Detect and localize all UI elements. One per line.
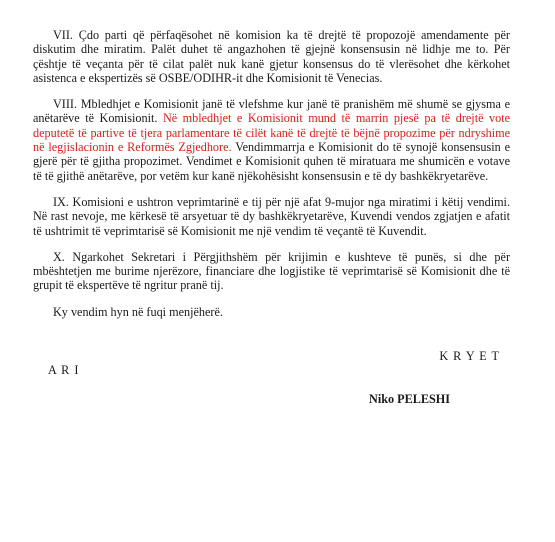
paragraph-x: X. Ngarkohet Sekretari i Përgjithshëm pë… <box>33 250 510 293</box>
signatory-name: Niko PELESHI <box>33 392 510 406</box>
paragraph-viii: VIII. Mbledhjet e Komisionit janë të vle… <box>33 97 510 183</box>
signature-title-line-1: K R Y E T <box>33 349 510 363</box>
paragraph-ix: IX. Komisioni e ushtron veprimtarinë e t… <box>33 195 510 238</box>
paragraph-vii: VII. Çdo parti që përfaqësohet në komisi… <box>33 28 510 85</box>
closing-statement: Ky vendim hyn në fuqi menjëherë. <box>33 305 510 319</box>
document-page: VII. Çdo parti që përfaqësohet në komisi… <box>0 0 555 542</box>
signature-title-line-2: A R I <box>48 363 510 377</box>
